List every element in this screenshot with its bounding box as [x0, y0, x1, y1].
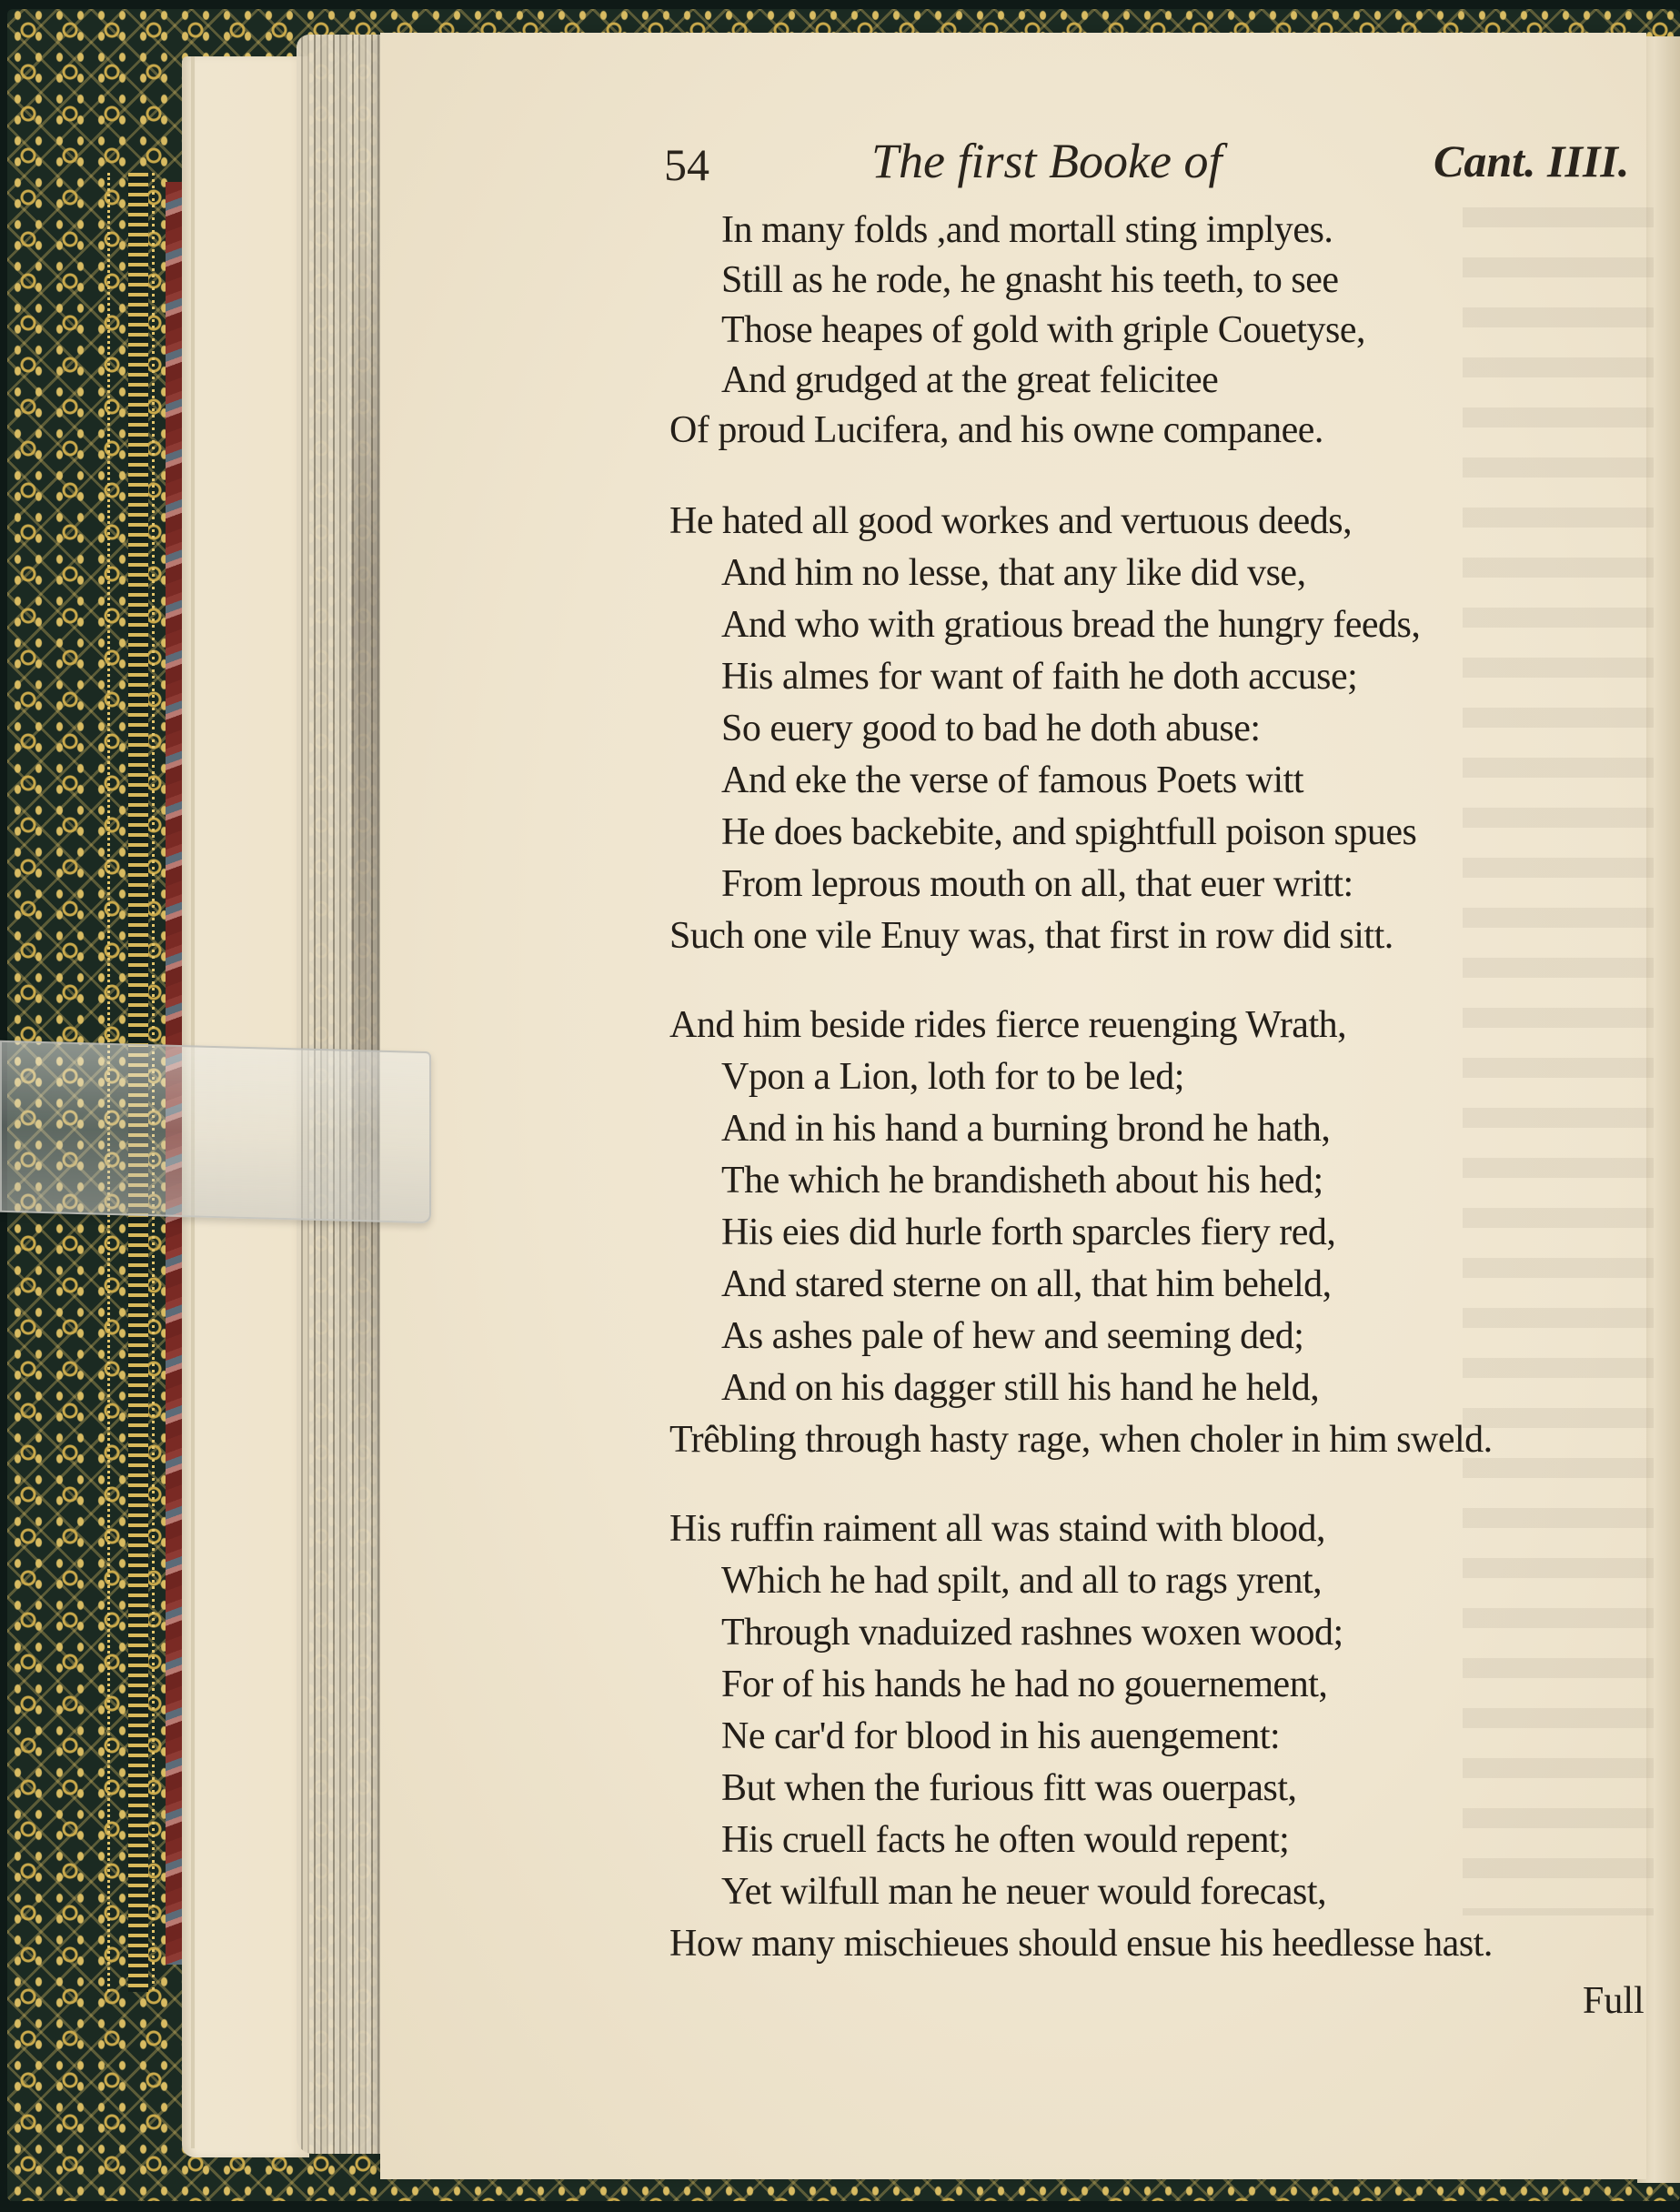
verse-line: And on his dagger still his hand he held… [721, 1363, 1319, 1413]
verse-line: From leprous mouth on all, that euer wri… [721, 860, 1353, 910]
verse-line: But when the furious fitt was ouerpast, [721, 1764, 1297, 1814]
verse-line: And stared sterne on all, that him behel… [721, 1260, 1332, 1310]
verse-line: And him no lesse, that any like did vse, [721, 548, 1306, 598]
verse-line: Such one vile Enuy was, that first in ro… [669, 911, 1393, 961]
verse-line: Yet wilfull man he neuer would forecast, [721, 1867, 1326, 1917]
canto-label: Cant. IIII. [1434, 135, 1629, 187]
verse-line: His eies did hurle forth sparcles fiery … [721, 1208, 1335, 1258]
verse-line: So euery good to bad he doth abuse: [721, 704, 1261, 754]
verse-line: And who with gratious bread the hungry f… [721, 600, 1420, 650]
bleed-through-text [1463, 187, 1654, 1915]
verse-line: As ashes pale of hew and seeming ded; [721, 1312, 1303, 1362]
book-page: 54 The first Booke of Cant. IIII. In man… [380, 33, 1646, 2179]
verse-line: His cruell facts he often would repent; [721, 1815, 1289, 1865]
verse-line: The which he brandisheth about his hed; [721, 1156, 1323, 1206]
verse-line: He hated all good workes and vertuous de… [669, 497, 1352, 547]
verse-line: And him beside rides fierce reuenging Wr… [669, 1000, 1346, 1051]
verse-line: How many mischieues should ensue his hee… [669, 1919, 1493, 1969]
verse-line: He does backebite, and spightfull poison… [721, 808, 1416, 858]
verse-line: In many folds ,and mortall sting implyes… [721, 206, 1333, 256]
page-number: 54 [664, 138, 709, 191]
verse-line: Ne car'd for blood in his auengement: [721, 1712, 1280, 1762]
verse-line: Those heapes of gold with griple Couetys… [721, 306, 1365, 356]
verse-line: Through vnaduized rashnes woxen wood; [721, 1608, 1343, 1658]
verse-line: And in his hand a burning brond he hath, [721, 1104, 1330, 1154]
verse-line: His almes for want of faith he doth accu… [721, 652, 1357, 702]
verse-line: And eke the verse of famous Poets witt [721, 756, 1303, 806]
verse-line: And grudged at the great felicitee [721, 356, 1218, 406]
catchword: Full [1583, 1979, 1645, 2023]
verse-line: Of proud Lucifera, and his owne companee… [669, 406, 1323, 456]
clear-page-clip [0, 1041, 431, 1223]
verse-line: Still as he rode, he gnasht his teeth, t… [721, 256, 1339, 306]
verse-line: His ruffin raiment all was staind with b… [669, 1504, 1325, 1554]
verse-line: Vpon a Lion, loth for to be led; [721, 1052, 1184, 1102]
book-title: The first Booke of [871, 133, 1222, 189]
verse-line: Which he had spilt, and all to rags yren… [721, 1556, 1322, 1606]
running-head: 54 The first Booke of Cant. IIII. [380, 133, 1646, 196]
verse-line: Trêbling through hasty rage, when choler… [669, 1415, 1493, 1465]
verse-line: For of his hands he had no gouernement, [721, 1660, 1327, 1710]
